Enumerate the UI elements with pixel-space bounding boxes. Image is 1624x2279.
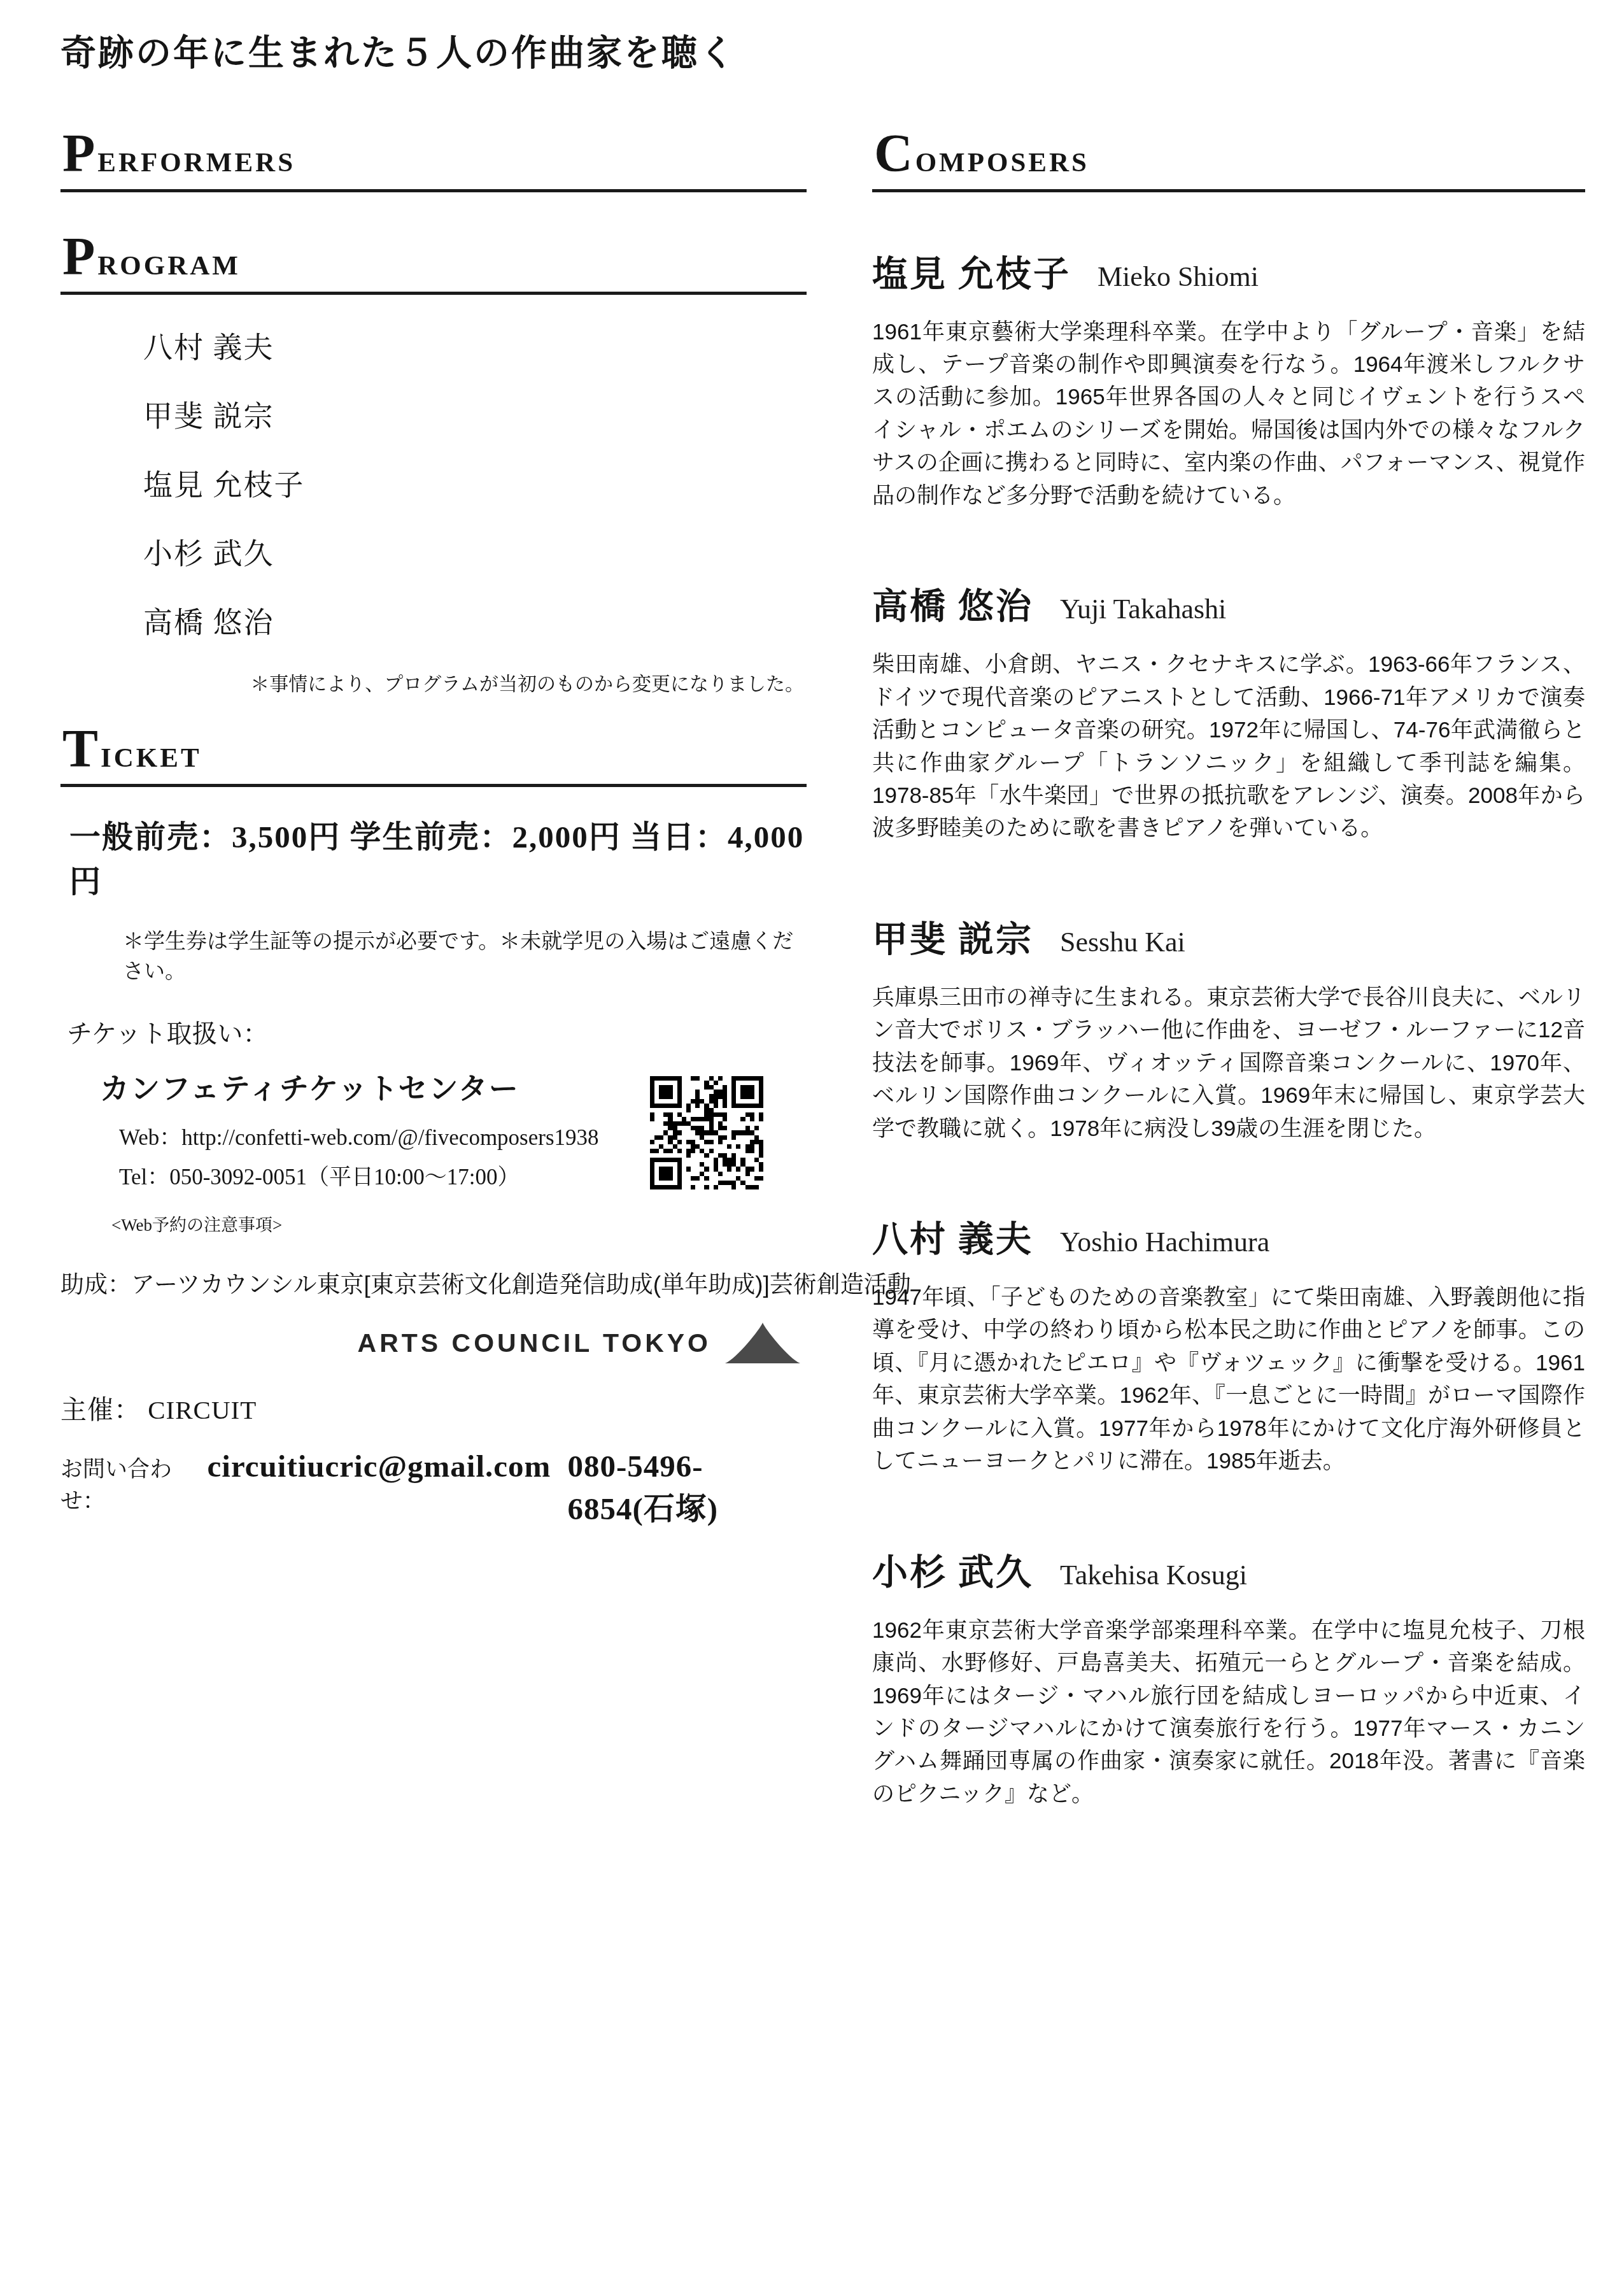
composer-bio: 1962年東京芸術大学音楽学部楽理科卒業。在学中に塩見允枝子、刀根康尚、水野修好… — [872, 1614, 1585, 1811]
page-title: 奇跡の年に生まれた５人の作曲家を聴く — [60, 33, 1585, 74]
ticket-outlet-block: チケット取扱い： カンフェティチケットセンター Web：http://confe… — [60, 1014, 807, 1237]
composer-entry: 甲斐 説宗 Sesshu Kai 兵庫県三田市の禅寺に生まれる。東京芸術大学で長… — [872, 911, 1585, 1145]
composer-name-ja: 小杉 武久 — [872, 1544, 1033, 1595]
ticket-section: Ticket 一般前売：3,500円 学生前売：2,000円 当日：4,000円… — [60, 721, 807, 1530]
program-composer-name: 甲斐 説宗 — [143, 393, 807, 435]
contact-email: circuitiucric@gmail.com — [208, 1448, 551, 1484]
composers-section: Composers 塩見 允枝子 Mieko Shiomi 1961年東京藝術大… — [872, 126, 1585, 1810]
program-composer-name: 小杉 武久 — [143, 530, 807, 572]
composer-name-en: Mieko Shiomi — [1098, 260, 1259, 293]
performers-heading: Performers — [60, 126, 807, 192]
composer-name-en: Sesshu Kai — [1060, 926, 1185, 958]
composer-bio: 柴田南雄、小倉朗、ヤニス・クセナキスに学ぶ。1963-66年フランス、ドイツで現… — [872, 648, 1585, 845]
program-section: Program 八村 義夫 — [60, 229, 807, 696]
composer-entry: 高橋 悠治 Yuji Takahashi 柴田南雄、小倉朗、ヤニス・クセナキスに… — [872, 578, 1585, 845]
flyer-page: 奇跡の年に生まれた５人の作曲家を聴く Performers — [0, 0, 1624, 2279]
composer-name-en: Yuji Takahashi — [1060, 593, 1226, 625]
organizer-name: CIRCUIT — [148, 1395, 257, 1424]
program-heading: Program — [60, 229, 807, 295]
program-composer-name: 八村 義夫 — [143, 324, 807, 366]
composer-bio: 1961年東京藝術大学楽理科卒業。在学中より「グループ・音楽」を結成し、テープ音… — [872, 316, 1585, 513]
composers-list: 塩見 允枝子 Mieko Shiomi 1961年東京藝術大学楽理科卒業。在学中… — [872, 246, 1585, 1811]
organizer-line: 主催： CIRCUIT — [60, 1389, 807, 1426]
program-composer-name: 塩見 允枝子 — [143, 462, 807, 504]
contact-line: お問い合わせ： circuitiucric@gmail.com 080-5496… — [60, 1448, 807, 1529]
program-entry: 塩見 允枝子 — [143, 462, 807, 504]
web-reservation-notes: <Web予約の注意事項> — [111, 1213, 807, 1237]
performers-section: Performers — [60, 126, 807, 192]
arts-council-tokyo-logo: ARTS COUNCIL TOKYO — [60, 1321, 801, 1365]
composer-bio: 1947年頃、「子どものための音楽教室」にて柴田南雄、入野義朗他に指導を受け、中… — [872, 1281, 1585, 1478]
composer-name-ja: 甲斐 説宗 — [872, 911, 1033, 962]
program-entry: 八村 義夫 — [143, 324, 807, 366]
left-column: Performers — [60, 126, 807, 1529]
qr-code — [650, 1076, 763, 1189]
composer-name-row: 八村 義夫 Yoshio Hachimura — [872, 1211, 1585, 1262]
organizer-label: 主催： — [60, 1395, 141, 1424]
composer-name-ja: 高橋 悠治 — [872, 578, 1033, 629]
composer-name-row: 甲斐 説宗 Sesshu Kai — [872, 911, 1585, 962]
ticket-prices: 一般前売：3,500円 学生前売：2,000円 当日：4,000円 — [69, 813, 807, 902]
web-notes-title: <Web予約の注意事項> — [111, 1213, 807, 1237]
composer-entry: 塩見 允枝子 Mieko Shiomi 1961年東京藝術大学楽理科卒業。在学中… — [872, 246, 1585, 513]
composer-name-en: Yoshio Hachimura — [1060, 1226, 1269, 1258]
program-composer-name: 高橋 悠治 — [143, 599, 807, 641]
composer-name-en: Takehisa Kosugi — [1060, 1559, 1247, 1591]
grant-credit-line: 助成：アーツカウンシル東京[東京芸術文化創造発信助成(単年助成)]芸術創造活動 — [60, 1265, 807, 1300]
program-list: 八村 義夫 甲斐 説宗 — [143, 324, 807, 641]
program-entry: 小杉 武久 — [143, 530, 807, 572]
composer-bio: 兵庫県三田市の禅寺に生まれる。東京芸術大学で長谷川良夫に、ベルリン音大でボリス・… — [872, 981, 1585, 1145]
composer-name-row: 小杉 武久 Takehisa Kosugi — [872, 1544, 1585, 1595]
arts-council-tokyo-logo-text: ARTS COUNCIL TOKYO — [358, 1328, 711, 1358]
composer-name-row: 高橋 悠治 Yuji Takahashi — [872, 578, 1585, 629]
program-entry: 高橋 悠治 — [143, 599, 807, 641]
content-columns: Performers — [60, 126, 1585, 1877]
contact-phone: 080-5496-6854(石塚) — [567, 1448, 807, 1529]
composer-name-ja: 八村 義夫 — [872, 1211, 1033, 1262]
right-column: Composers 塩見 允枝子 Mieko Shiomi 1961年東京藝術大… — [872, 126, 1585, 1877]
contact-label: お問い合わせ： — [60, 1452, 191, 1516]
composer-entry: 八村 義夫 Yoshio Hachimura 1947年頃、「子どものための音楽… — [872, 1211, 1585, 1478]
composer-entry: 小杉 武久 Takehisa Kosugi 1962年東京芸術大学音楽学部楽理科… — [872, 1544, 1585, 1811]
composer-name-ja: 塩見 允枝子 — [872, 246, 1071, 297]
ticket-note: ＊学生券は学生証等の提示が必要です。＊未就学児の入場はご遠慮ください。 — [123, 925, 807, 984]
mountain-triangle-icon — [724, 1321, 801, 1365]
program-entry: 甲斐 説宗 — [143, 393, 807, 435]
composers-heading: Composers — [872, 126, 1585, 192]
ticket-outlets-label: チケット取扱い： — [67, 1014, 807, 1050]
ticket-heading: Ticket — [60, 721, 807, 787]
program-change-note: ＊事情により、プログラムが当初のものから変更になりました。 — [60, 668, 804, 696]
composer-name-row: 塩見 允枝子 Mieko Shiomi — [872, 246, 1585, 297]
